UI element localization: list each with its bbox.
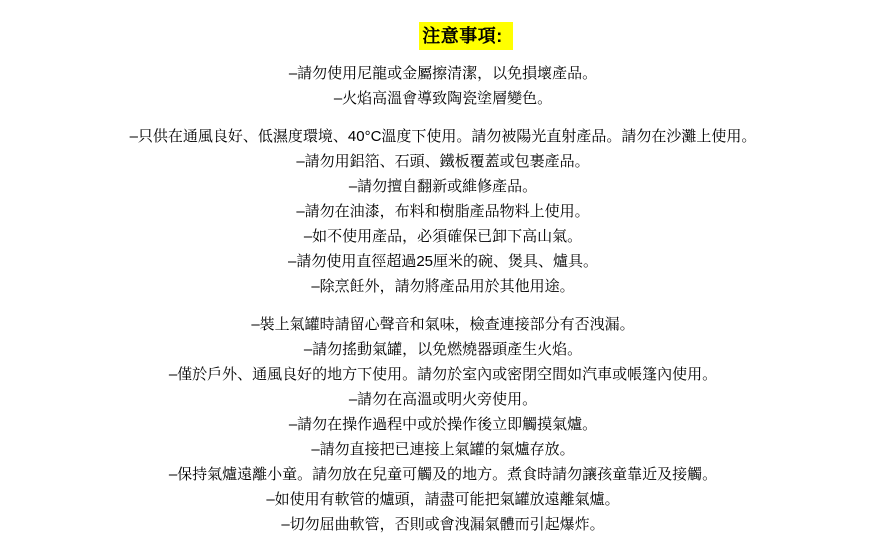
notice-line: –請勿在油漆，布料和樹脂產品物料上使用。 xyxy=(0,199,886,224)
notice-paragraph-care: –請勿使用尼龍或金屬擦清潔，以免損壞產品。 –火焰高溫會導致陶瓷塗層變色。 xyxy=(0,61,886,111)
notice-line: –請勿在操作過程中或於操作後立即觸摸氣爐。 xyxy=(0,412,886,437)
notice-line: –請勿直接把已連接上氣罐的氣爐存放。 xyxy=(0,437,886,462)
notice-line: –請勿搖動氣罐，以免燃燒器頭產生火焰。 xyxy=(0,337,886,362)
notice-line: –請勿擅自翻新或維修產品。 xyxy=(0,174,886,199)
notice-paragraph-usage: –只供在通風良好、低濕度環境、40°C溫度下使用。請勿被陽光直射產品。請勿在沙灘… xyxy=(0,124,886,299)
notice-line: –保持氣爐遠離小童。請勿放在兒童可觸及的地方。煮食時請勿讓孩童靠近及接觸。 xyxy=(0,462,886,487)
notice-line: –火焰高溫會導致陶瓷塗層變色。 xyxy=(0,86,886,111)
title-row: 注意事項: xyxy=(0,22,886,50)
notice-line: –請勿使用直徑超過25厘米的碗、煲具、爐具。 xyxy=(0,249,886,274)
notice-line: –請勿用鋁箔、石頭、鐵板覆蓋或包裹產品。 xyxy=(0,149,886,174)
notice-line: –切勿屈曲軟管，否則或會洩漏氣體而引起爆炸。 xyxy=(0,512,886,537)
notice-line: –只供在通風良好、低濕度環境、40°C溫度下使用。請勿被陽光直射產品。請勿在沙灘… xyxy=(0,124,886,149)
notice-paragraph-gas-safety: –裝上氣罐時請留心聲音和氣味，檢查連接部分有否洩漏。 –請勿搖動氣罐，以免燃燒器… xyxy=(0,312,886,537)
notice-line: –如不使用產品，必須確保已卸下高山氣。 xyxy=(0,224,886,249)
notice-line: –裝上氣罐時請留心聲音和氣味，檢查連接部分有否洩漏。 xyxy=(0,312,886,337)
notice-line: –如使用有軟管的爐頭，請盡可能把氣罐放遠離氣爐。 xyxy=(0,487,886,512)
notice-line: –請勿使用尼龍或金屬擦清潔，以免損壞產品。 xyxy=(0,61,886,86)
notice-line: –請勿在高溫或明火旁使用。 xyxy=(0,387,886,412)
page-title: 注意事項: xyxy=(419,22,513,50)
safety-notice-document: 注意事項: –請勿使用尼龍或金屬擦清潔，以免損壞產品。 –火焰高溫會導致陶瓷塗層… xyxy=(0,0,886,541)
notice-line: –僅於戶外、通風良好的地方下使用。請勿於室內或密閉空間如汽車或帳篷內使用。 xyxy=(0,362,886,387)
notice-line: –除烹飪外，請勿將產品用於其他用途。 xyxy=(0,274,886,299)
